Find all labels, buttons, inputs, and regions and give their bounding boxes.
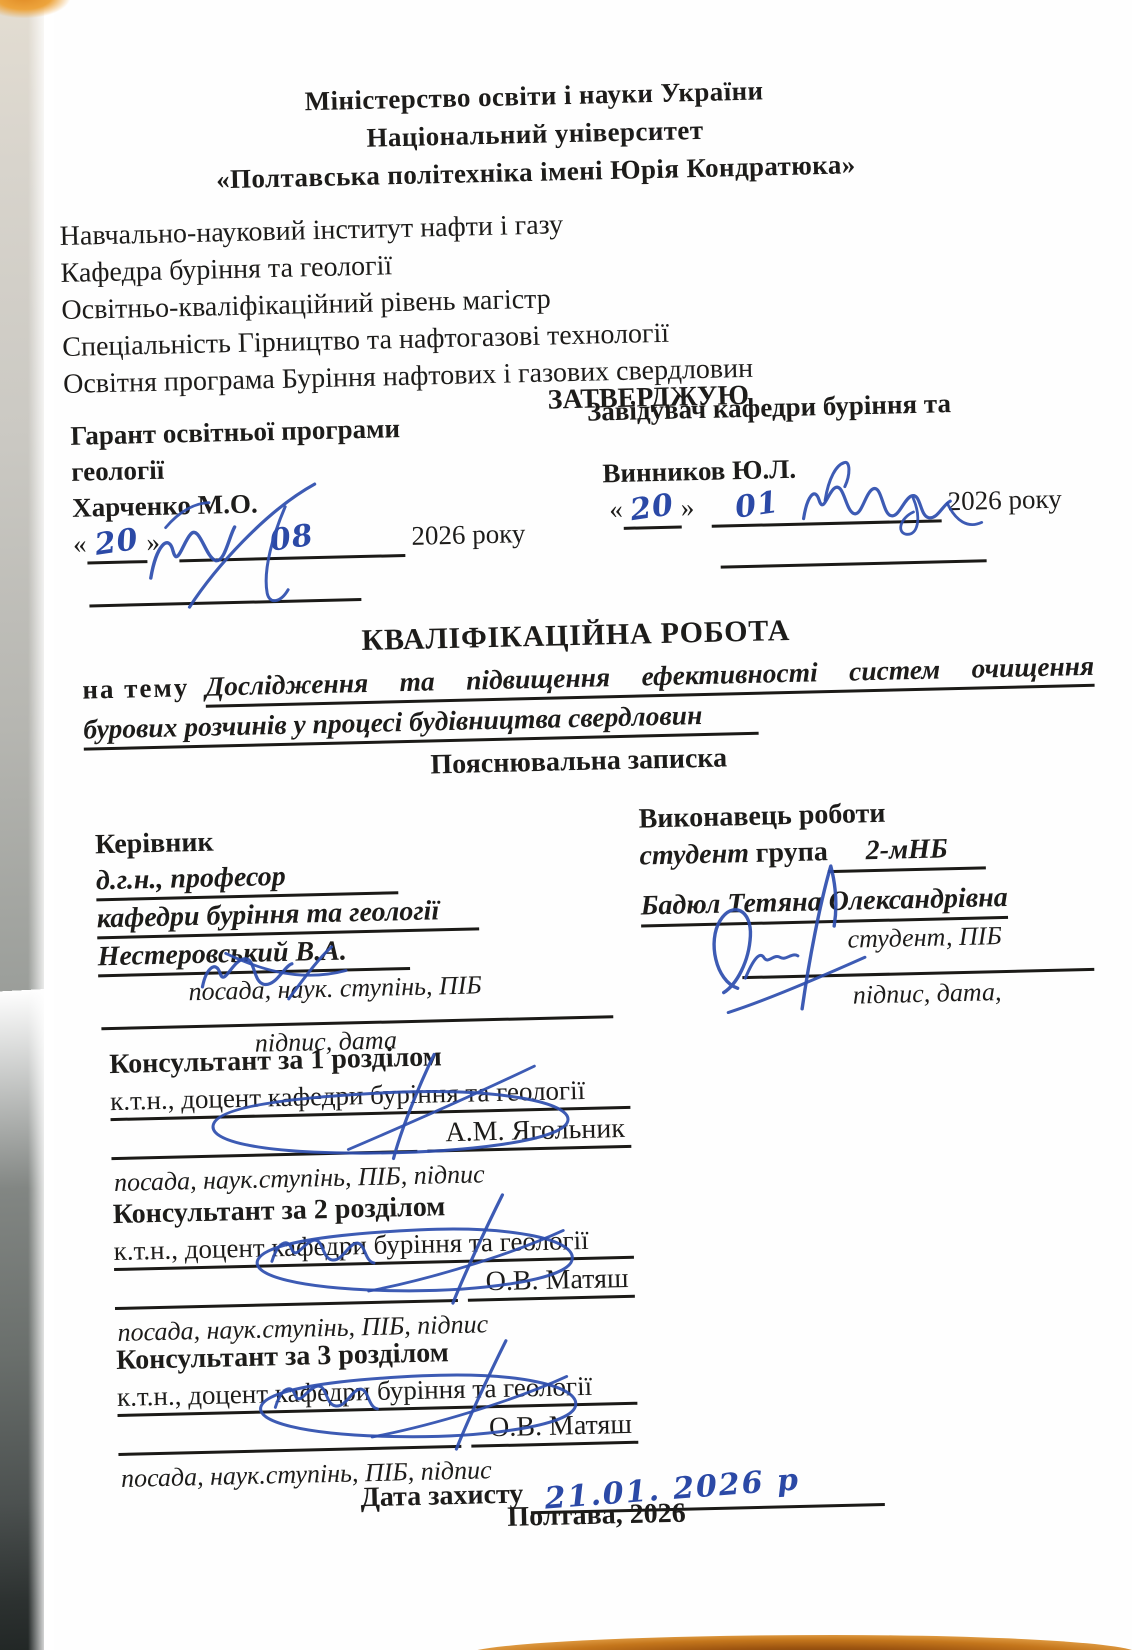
document-content: Міністерство освіти і науки України Наці…: [40, 64, 1120, 1588]
year-label: 2026 року: [411, 518, 526, 551]
handwritten-day: 20: [93, 525, 141, 561]
quote-open: «: [73, 529, 87, 559]
executor-block: Виконавець роботи студент група2-мНБ Бад…: [638, 791, 1103, 1017]
scanned-title-page: Міністерство освіти і науки України Наці…: [0, 0, 1132, 1650]
handwritten-day: 20: [628, 490, 676, 526]
month-blank: 01: [711, 483, 942, 527]
executor-caption-signature: підпис, дата,: [852, 974, 1103, 1012]
head-of-department-block: Завідувач кафедри буріння та Винников Ю.…: [587, 382, 1097, 581]
institution-info: Навчально-науковий інститут нафти і газу…: [59, 202, 753, 403]
guarantor-signature-row: [74, 570, 545, 617]
department-head-signature-row: [590, 533, 1097, 581]
book-cover-edge-bottom: [462, 1635, 1132, 1650]
executor-group-word: група: [755, 836, 828, 869]
signature-line: [115, 1289, 458, 1310]
year-label: 2026 року: [947, 484, 1062, 517]
book-cover-corner-top: [0, 0, 70, 18]
executor-student-word: студент: [639, 838, 749, 872]
ministry-header: Міністерство освіти і науки України Наці…: [40, 64, 1087, 203]
supervisor-block: Керівник д.г.н., професор кафедри бурінн…: [95, 815, 620, 1063]
handwritten-month: 01: [733, 488, 781, 524]
department-head-date-line: «20» 01 2026 року: [589, 480, 1096, 531]
topic-label: на тему: [82, 669, 190, 708]
group-blank: 2-мНБ: [827, 829, 986, 873]
consultant-1-block: Консультант за 1 розділом к.т.н., доцент…: [109, 1035, 637, 1201]
day-blank: 20: [86, 524, 147, 564]
month-blank: 08: [178, 518, 405, 562]
consultant-3-block: Консультант за 3 розділом к.т.н., доцент…: [116, 1331, 644, 1497]
quote-close: »: [680, 492, 694, 522]
quote-open: «: [609, 494, 623, 524]
signature-line: [118, 1435, 461, 1456]
guarantor-block: Гарант освітньої програми геології Харче…: [70, 407, 545, 617]
signature-line: [111, 1140, 418, 1160]
handwritten-month: 08: [268, 521, 316, 557]
signature-line: [89, 584, 361, 607]
consultant-2-name: О.В. Матяш: [467, 1262, 635, 1302]
day-blank: 20: [622, 489, 681, 529]
consultant-3-name: О.В. Матяш: [471, 1408, 639, 1448]
consultant-1-name: А.М. Ягольник: [427, 1112, 631, 1153]
quote-close: »: [146, 527, 160, 557]
consultant-2-block: Консультант за 2 розділом к.т.н., доцент…: [112, 1185, 640, 1351]
signature-line: [720, 545, 986, 568]
executor-group-value: 2-мНБ: [865, 833, 948, 866]
